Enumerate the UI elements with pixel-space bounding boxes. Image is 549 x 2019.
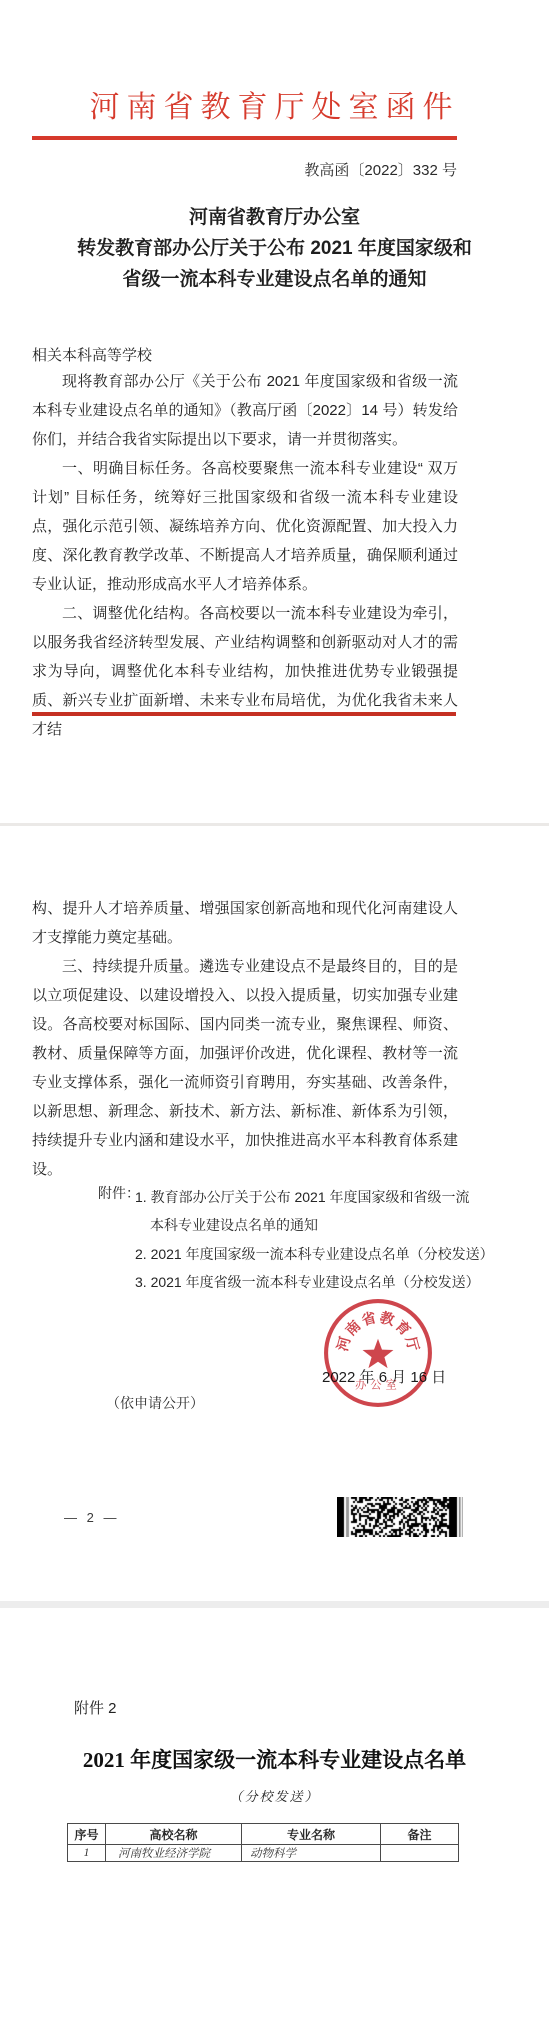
letter-body-page1: 现将教育部办公厅《关于公布 2021 年度国家级和省级一流本科专业建设点名单的通… bbox=[32, 367, 458, 744]
table-header-major: 专业名称 bbox=[242, 1824, 381, 1845]
paragraph-intro: 现将教育部办公厅《关于公布 2021 年度国家级和省级一流本科专业建设点名单的通… bbox=[32, 367, 458, 454]
red-underline-annotation bbox=[32, 712, 456, 716]
letter-title: 河南省教育厅办公室 转发教育部办公厅关于公布 2021 年度国家级和 省级一流本… bbox=[0, 202, 549, 295]
attachments-list: 1. 教育部办公厅关于公布 2021 年度国家级和省级一流 本科专业建设点名单的… bbox=[135, 1183, 519, 1297]
barcode bbox=[337, 1497, 463, 1537]
disclosure-note: （依申请公开） bbox=[106, 1393, 204, 1413]
svg-text:省: 省 bbox=[360, 1309, 379, 1329]
page-separator-2 bbox=[0, 1601, 549, 1608]
letterhead-title: 河南省教育厅处室函件 bbox=[0, 82, 549, 126]
table-cell-index: 1 bbox=[68, 1845, 106, 1862]
addressee: 相关本科高等学校 bbox=[32, 344, 152, 365]
attachment-item-2: 2. 2021 年度国家级一流本科专业建设点名单（分校发送） bbox=[135, 1240, 519, 1268]
seal-bottom-text: 办公室 bbox=[355, 1378, 401, 1392]
table-header-note: 备注 bbox=[381, 1824, 459, 1845]
table-row: 1 河南牧业经济学院 动物科学 bbox=[68, 1845, 459, 1862]
official-seal: 河 南 省 教 育 厅 办公室 bbox=[322, 1297, 434, 1409]
paragraph-point2-part2: 构、提升人才培养质量、增强国家创新高地和现代化河南建设人才支撑能力奠定基础。 bbox=[32, 894, 458, 952]
letter-body-page2: 构、提升人才培养质量、增强国家创新高地和现代化河南建设人才支撑能力奠定基础。 三… bbox=[32, 894, 458, 1184]
appendix-title: 2021 年度国家级一流本科专业建设点名单 bbox=[0, 1744, 549, 1774]
letterhead-rule bbox=[32, 136, 457, 140]
paragraph-point1: 一、明确目标任务。各高校要聚焦一流本科专业建设“ 双万计划” 目标任务，统筹好三… bbox=[32, 454, 458, 599]
star-icon bbox=[363, 1339, 394, 1368]
table-header-index: 序号 bbox=[68, 1824, 106, 1845]
table-header-row: 序号 高校名称 专业名称 备注 bbox=[68, 1824, 459, 1845]
page-separator-1 bbox=[0, 823, 549, 826]
attachments-label: 附件： bbox=[98, 1183, 140, 1203]
table-header-school: 高校名称 bbox=[106, 1824, 242, 1845]
paragraph-point2-part1: 二、调整优化结构。各高校要以一流本科专业建设为牵引，以服务我省经济转型发展、产业… bbox=[32, 599, 458, 744]
page-number: — 2 — bbox=[64, 1510, 119, 1525]
table-cell-note bbox=[381, 1845, 459, 1862]
table-cell-school: 河南牧业经济学院 bbox=[106, 1845, 242, 1862]
attachment-item-1: 1. 教育部办公厅关于公布 2021 年度国家级和省级一流 本科专业建设点名单的… bbox=[135, 1183, 519, 1240]
letter-title-line1: 河南省教育厅办公室 bbox=[0, 202, 549, 233]
paragraph-point3: 三、持续提升质量。遴选专业建设点不是最终目的，目的是以立项促建设、以建设增投入、… bbox=[32, 952, 458, 1184]
letter-title-line3: 省级一流本科专业建设点名单的通知 bbox=[0, 264, 549, 295]
table-cell-major: 动物科学 bbox=[242, 1845, 381, 1862]
attachment-item-3: 3. 2021 年度省级一流本科专业建设点名单（分校发送） bbox=[135, 1268, 519, 1296]
appendix-table: 序号 高校名称 专业名称 备注 1 河南牧业经济学院 动物科学 bbox=[67, 1823, 459, 1862]
appendix-subtitle: （分校发送） bbox=[0, 1786, 549, 1805]
letter-title-line2: 转发教育部办公厅关于公布 2021 年度国家级和 bbox=[0, 233, 549, 264]
doc-number: 教高函〔2022〕332 号 bbox=[0, 159, 457, 180]
appendix-label: 附件 2 bbox=[74, 1697, 117, 1718]
svg-text:厅: 厅 bbox=[402, 1334, 422, 1353]
document-scan: 河南省教育厅处室函件 教高函〔2022〕332 号 河南省教育厅办公室 转发教育… bbox=[0, 0, 549, 2019]
